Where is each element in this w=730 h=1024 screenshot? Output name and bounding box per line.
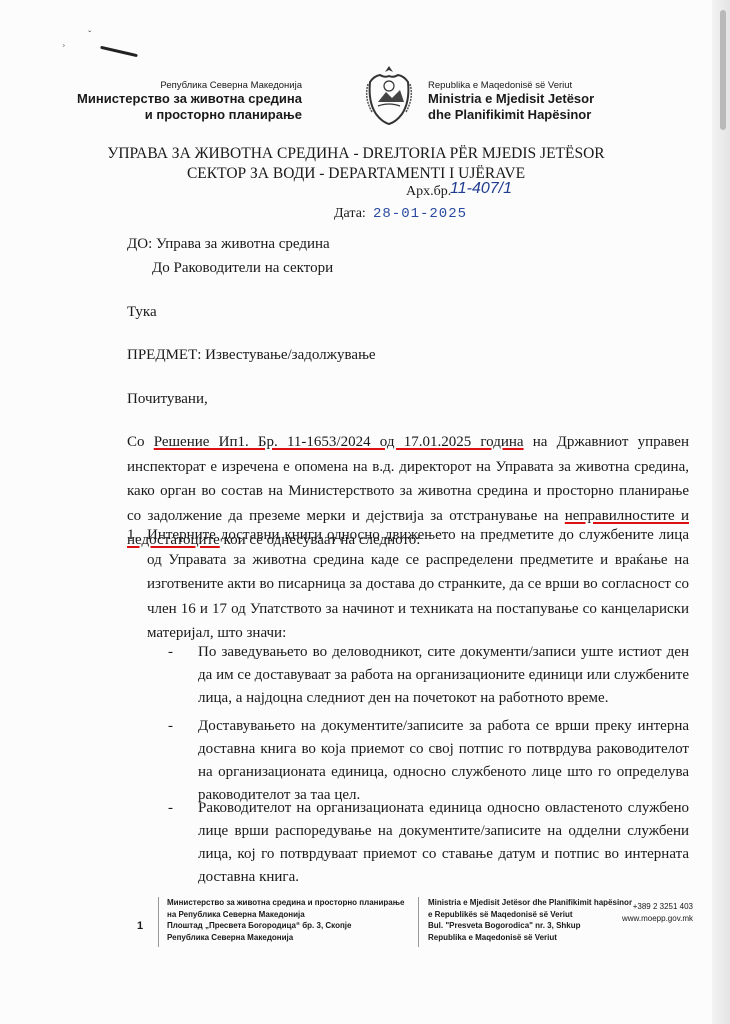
footer-line: Плоштад „Пресвета Богородица“ бр. 3, Ско… — [167, 920, 404, 932]
list-item-number: 1. — [127, 523, 138, 548]
intro-pre: Со — [127, 434, 154, 450]
footer-line: Република Северна Македонија — [167, 932, 404, 944]
recipient-here: Тука — [127, 300, 157, 324]
archive-number: 11-407/1 — [450, 180, 512, 198]
header-left-country: Република Северна Македонија — [77, 80, 302, 91]
bullet-item: - По заведувањето во деловодникот, сите … — [168, 641, 689, 710]
bullet-text: Раководителот на организационата единица… — [198, 797, 689, 889]
decision-reference: Решение Ип1. Бр. 11-1653/2024 од 17.01.2… — [154, 434, 524, 450]
scrollbar[interactable] — [720, 0, 726, 1024]
footer-line: Министерство за животна средина и просто… — [167, 897, 404, 909]
footer-contact: +389 2 3251 403 www.moepp.gov.mk — [622, 901, 693, 924]
header-left-ministry-1: Министерство за животна средина — [77, 91, 302, 107]
bullet-text: По заведувањето во деловодникот, сите до… — [198, 641, 689, 710]
header-left: Република Северна Македонија Министерств… — [77, 80, 302, 123]
archive-label: Арх.бр. — [406, 184, 451, 200]
greeting: Почитувани, — [127, 387, 208, 411]
bullet-dash: - — [168, 715, 173, 738]
bullet-dash: - — [168, 641, 173, 664]
coat-of-arms-icon — [360, 62, 418, 128]
footer-address-al: Ministria e Mjedisit Jetësor dhe Planifi… — [428, 897, 632, 943]
page-number: 1 — [137, 920, 143, 932]
header-right-ministry-1: Ministria e Mjedisit Jetësor — [428, 91, 594, 107]
subject-line: ПРЕДМЕТ: Известување/задолжување — [127, 343, 376, 367]
pen-mark: ¸ — [62, 36, 65, 47]
document-page: ¸ ˇ Република Северна Македонија Министе… — [0, 0, 712, 1024]
footer-phone: +389 2 3251 403 — [622, 901, 693, 913]
scrollbar-thumb[interactable] — [720, 10, 726, 130]
department-title: УПРАВА ЗА ЖИВОТНА СРЕДИНА - DREJTORIA PË… — [0, 145, 712, 163]
header-right-country: Republika e Maqedonisë së Veriut — [428, 80, 594, 91]
footer-line: Bul. "Presveta Bogorodica" nr. 3, Shkup — [428, 920, 632, 932]
pen-stroke — [100, 46, 138, 57]
footer-line: e Republikës së Maqedonisë së Veriut — [428, 909, 632, 921]
footer-line: Ministria e Mjedisit Jetësor dhe Planifi… — [428, 897, 632, 909]
footer-divider — [158, 897, 159, 947]
bullet-text: Доставувањето на документите/записите за… — [198, 715, 689, 807]
date-stamp: 28-01-2025 — [373, 206, 467, 222]
footer-line: на Република Северна Македонија — [167, 909, 404, 921]
bullet-dash: - — [168, 797, 173, 820]
recipient-line-1: ДО: Управа за животна средина — [127, 232, 330, 256]
pen-mark: ˇ — [88, 30, 91, 41]
list-item: 1. Интерните доставни книги односно движ… — [127, 523, 689, 646]
bullet-item: - Доставувањето на документите/записите … — [168, 715, 689, 807]
footer-line: Republika e Maqedonisë së Veriut — [428, 932, 632, 944]
date-label: Дата: — [334, 206, 366, 222]
header-left-ministry-2: и просторно планирање — [77, 107, 302, 123]
footer-website[interactable]: www.moepp.gov.mk — [622, 913, 693, 925]
header-right: Republika e Maqedonisë së Veriut Ministr… — [428, 80, 594, 123]
list-item-text: Интерните доставни книги односно движење… — [147, 523, 689, 646]
header-right-ministry-2: dhe Planifikimit Hapësinor — [428, 107, 594, 123]
bullet-item: - Раководителот на организационата едини… — [168, 797, 689, 889]
recipient-line-2: До Раководители на сектори — [152, 256, 333, 280]
footer-divider — [418, 897, 419, 947]
sector-title: СЕКТОР ЗА ВОДИ - DEPARTAMENTI I UJËRAVE — [0, 165, 712, 183]
footer-address-mk: Министерство за животна средина и просто… — [167, 897, 404, 943]
